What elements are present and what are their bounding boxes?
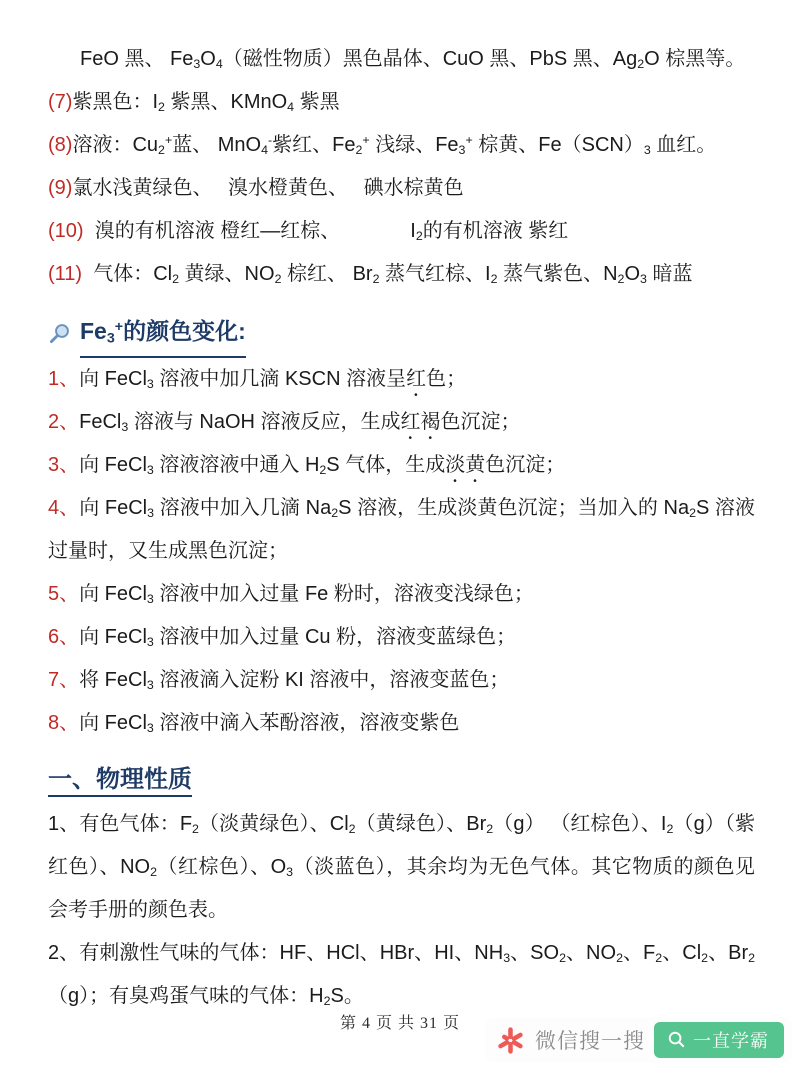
color-item-9: (9)氯水浅黄绿色、 溴水橙黄色、 碘水棕黄色 [48, 167, 755, 210]
item-number: 4、 [48, 497, 79, 519]
fe3-item-2: 2、FeCl3 溶液与 NaOH 溶液反应，生成红褐色沉淀； [48, 401, 755, 444]
item-number: (7) [48, 91, 72, 113]
color-item-8: (8)溶液：Cu2+蓝、 MnO4-紫红、Fe2+ 浅绿、Fe3+ 棕黄、Fe（… [48, 124, 755, 167]
item-number: (9) [48, 177, 72, 199]
item-text: 紫黑色：I2 紫黑、KMnO4 紫黑 [72, 91, 339, 113]
item-text: 向 FeCl3 溶液中加入几滴 Na2S 溶液，生成淡黄色沉淀；当加入的 Na2… [48, 497, 755, 562]
item-text: 溴的有机溶液 橙红—红棕、 I2的有机溶液 紫红 [84, 220, 569, 242]
fe3-item-8: 8、向 FeCl3 溶液中滴入苯酚溶液，溶液变紫色 [48, 702, 755, 745]
magnifier-icon [48, 322, 71, 345]
physical-paragraph-1: 1、有色气体：F2（淡黄绿色）、Cl2（黄绿色）、Br2（g） （红棕色）、I2… [48, 803, 755, 932]
item-number: 1、 [48, 368, 79, 390]
color-item-7: (7)紫黑色：I2 紫黑、KMnO4 紫黑 [48, 81, 755, 124]
fe3-item-3: 3、向 FeCl3 溶液溶液中通入 H2S 气体，生成淡黄色沉淀； [48, 444, 755, 487]
item-text: 向 FeCl3 溶液中滴入苯酚溶液，溶液变紫色 [79, 712, 459, 734]
fe3-item-1: 1、向 FeCl3 溶液中加几滴 KSCN 溶液呈红色； [48, 358, 755, 401]
item-text: FeCl3 溶液与 NaOH 溶液反应，生成红褐色沉淀； [79, 411, 520, 433]
item-number: (11) [48, 263, 82, 285]
item-number: 6、 [48, 626, 79, 648]
wechat-search-watermark: 微信搜一搜 一直学霸 [485, 1017, 792, 1063]
physical-heading-text: 一、物理性质 [48, 766, 192, 797]
fe3-color-section-heading: Fe3+的颜色变化: [48, 308, 755, 358]
color-item-11: (11) 气体：Cl2 黄绿、NO2 棕红、 Br2 蒸气红棕、I2 蒸气紫色、… [48, 253, 755, 296]
brand-search-button[interactable]: 一直学霸 [654, 1022, 784, 1058]
item-number: 5、 [48, 583, 79, 605]
item-text: 气体：Cl2 黄绿、NO2 棕红、 Br2 蒸气红棕、I2 蒸气紫色、N2O3 … [82, 263, 692, 285]
item-text: 溶液：Cu2+蓝、 MnO4-紫红、Fe2+ 浅绿、Fe3+ 棕黄、Fe（SCN… [72, 134, 716, 156]
page-content: FeO 黑、 Fe3O4（磁性物质）黑色晶体、CuO 黑、PbS 黑、Ag2O … [0, 0, 800, 1018]
fe3-item-5: 5、向 FeCl3 溶液中加入过量 Fe 粉时，溶液变浅绿色； [48, 573, 755, 616]
color-item-10: (10) 溴的有机溶液 橙红—红棕、 I2的有机溶液 紫红 [48, 210, 755, 253]
item-text: 向 FeCl3 溶液中加入过量 Fe 粉时，溶液变浅绿色； [79, 583, 534, 605]
wechat-search-label: 微信搜一搜 [535, 1025, 645, 1055]
document-page: FeO 黑、 Fe3O4（磁性物质）黑色晶体、CuO 黑、PbS 黑、Ag2O … [0, 0, 800, 1067]
item-text: 将 FeCl3 溶液滴入淀粉 KI 溶液中，溶液变蓝色； [79, 669, 509, 691]
item-text: 氯水浅黄绿色、 溴水橙黄色、 碘水棕黄色 [72, 177, 463, 199]
item-number: (8) [48, 134, 72, 156]
fe3-item-6: 6、向 FeCl3 溶液中加入过量 Cu 粉，溶液变蓝绿色； [48, 616, 755, 659]
item-number: 3、 [48, 454, 79, 476]
brand-name-label: 一直学霸 [693, 1027, 769, 1053]
fe3-item-7: 7、将 FeCl3 溶液滴入淀粉 KI 溶液中，溶液变蓝色； [48, 659, 755, 702]
fe3-heading-text: Fe3+的颜色变化: [80, 308, 246, 358]
item-number: 2、 [48, 411, 79, 433]
fe3-item-4: 4、向 FeCl3 溶液中加入几滴 Na2S 溶液，生成淡黄色沉淀；当加入的 N… [48, 487, 755, 573]
search-icon [667, 1030, 686, 1049]
item-text: 向 FeCl3 溶液中加几滴 KSCN 溶液呈红色； [79, 368, 466, 390]
intro-line: FeO 黑、 Fe3O4（磁性物质）黑色晶体、CuO 黑、PbS 黑、Ag2O … [48, 38, 755, 81]
item-text: 向 FeCl3 溶液中加入过量 Cu 粉，溶液变蓝绿色； [79, 626, 516, 648]
item-number: 7、 [48, 669, 79, 691]
physical-properties-heading: 一、物理性质 [48, 757, 755, 803]
item-text: 向 FeCl3 溶液溶液中通入 H2S 气体，生成淡黄色沉淀； [79, 454, 565, 476]
item-number: 8、 [48, 712, 79, 734]
wechat-sparkle-icon [495, 1025, 526, 1056]
physical-paragraph-2: 2、有刺激性气味的气体：HF、HCl、HBr、HI、NH3、SO2、NO2、F2… [48, 932, 755, 1018]
item-number: (10) [48, 220, 84, 242]
